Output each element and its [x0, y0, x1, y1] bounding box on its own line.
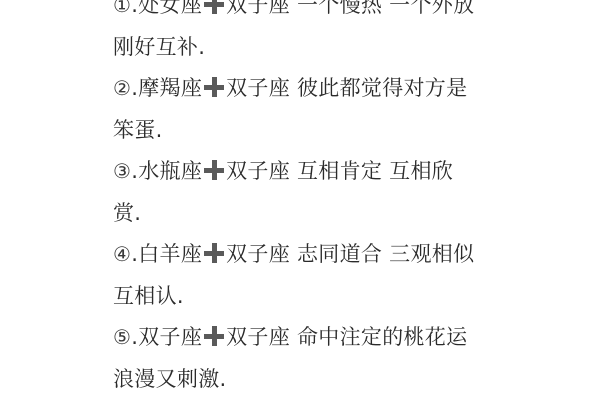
- item-description: 一个慢热 一个外放: [290, 0, 474, 17]
- plus-icon: [203, 159, 225, 181]
- list-item: ②.摩羯座双子座 彼此都觉得对方是 笨蛋.: [113, 68, 503, 151]
- item-description: 命中注定的桃花运: [290, 325, 467, 349]
- sign-b: 双子座: [226, 325, 290, 349]
- item-description: 互相肯定 互相欣: [290, 159, 453, 183]
- item-number: ①: [113, 0, 131, 17]
- item-description: 志同道合 三观相似: [290, 242, 474, 266]
- item-description-continued: 刚好互补.: [113, 35, 205, 59]
- zodiac-match-list: ①.处女座双子座 一个慢热 一个外放 刚好互补. ②.摩羯座双子座 彼此都觉得对…: [113, 0, 503, 400]
- item-description-continued: 笨蛋.: [113, 118, 163, 142]
- list-item: ④.白羊座双子座 志同道合 三观相似 互相认.: [113, 234, 503, 317]
- sign-a: 水瓶座: [138, 159, 202, 183]
- plus-icon: [203, 0, 225, 15]
- sign-b: 双子座: [226, 242, 290, 266]
- sign-a: 白羊座: [138, 242, 202, 266]
- sign-a: 双子座: [138, 325, 202, 349]
- item-description-continued: 赏.: [113, 201, 141, 225]
- item-number: ④: [113, 242, 131, 266]
- list-item: ①.处女座双子座 一个慢热 一个外放 刚好互补.: [113, 0, 503, 68]
- sign-a: 摩羯座: [138, 76, 202, 100]
- list-item: ③.水瓶座双子座 互相肯定 互相欣 赏.: [113, 151, 503, 234]
- sign-b: 双子座: [226, 0, 290, 17]
- item-description: 彼此都觉得对方是: [290, 76, 467, 100]
- plus-icon: [203, 325, 225, 347]
- plus-icon: [203, 76, 225, 98]
- sign-b: 双子座: [226, 76, 290, 100]
- sign-a: 处女座: [138, 0, 202, 17]
- list-item: ⑤.双子座双子座 命中注定的桃花运 浪漫又刺激.: [113, 317, 503, 400]
- item-description-continued: 浪漫又刺激.: [113, 367, 226, 391]
- sign-b: 双子座: [226, 159, 290, 183]
- plus-icon: [203, 242, 225, 264]
- item-number: ⑤: [113, 325, 131, 349]
- item-number: ②: [113, 76, 131, 100]
- item-description-continued: 互相认.: [113, 284, 184, 308]
- item-number: ③: [113, 159, 131, 183]
